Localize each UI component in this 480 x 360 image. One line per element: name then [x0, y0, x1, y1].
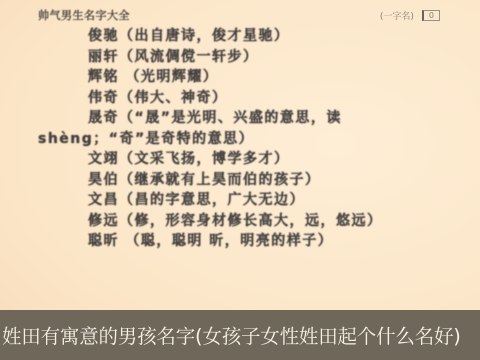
document-title: 帅气男生名字大全 — [38, 7, 130, 23]
document-meta-text: (一字名) — [380, 9, 414, 22]
name-entry-xiuyuan: 修远（修，形容身材修长高大，远，悠远） — [38, 211, 438, 232]
name-entry-junchi: 俊驰（出自唐诗，俊才星驰） — [38, 26, 438, 47]
name-entry-congxin: 聪昕 （聪，聪明 昕，明亮的样子） — [38, 231, 438, 252]
name-entry-huiming: 辉铭 （光明辉耀） — [38, 67, 438, 88]
name-entry-wenchang: 文昌（昌的字意思，广大无边） — [38, 190, 438, 211]
name-entry-lixuan: 丽轩（风流倜傥一轩步） — [38, 47, 438, 68]
document-meta: (一字名) 0 — [380, 9, 440, 22]
caption-title: 姓田有寓意的男孩名字(女孩子女性姓田起个什么名好) — [0, 321, 461, 349]
page-indicator: 0 — [422, 10, 440, 21]
name-entry-weiqi: 伟奇（伟大、神奇） — [38, 88, 438, 109]
name-entry-shengqi: 晟奇（“晟”是光明、兴盛的意思，读shèng；“奇”是奇特的意思） — [38, 108, 438, 149]
name-entry-wenyi: 文翊（文采飞扬，博学多才） — [38, 149, 438, 170]
document-header: 帅气男生名字大全 (一字名) 0 — [38, 7, 440, 23]
scanned-document-page: 帅气男生名字大全 (一字名) 0 俊驰（出自唐诗，俊才星驰） 丽轩（风流倜傥一轩… — [0, 0, 480, 360]
name-entry-haobo: 昊伯（继承就有上昊而伯的孩子） — [38, 170, 438, 191]
caption-bar: 姓田有寓意的男孩名字(女孩子女性姓田起个什么名好) — [0, 310, 480, 360]
name-list: 俊驰（出自唐诗，俊才星驰） 丽轩（风流倜傥一轩步） 辉铭 （光明辉耀） 伟奇（伟… — [38, 26, 438, 252]
